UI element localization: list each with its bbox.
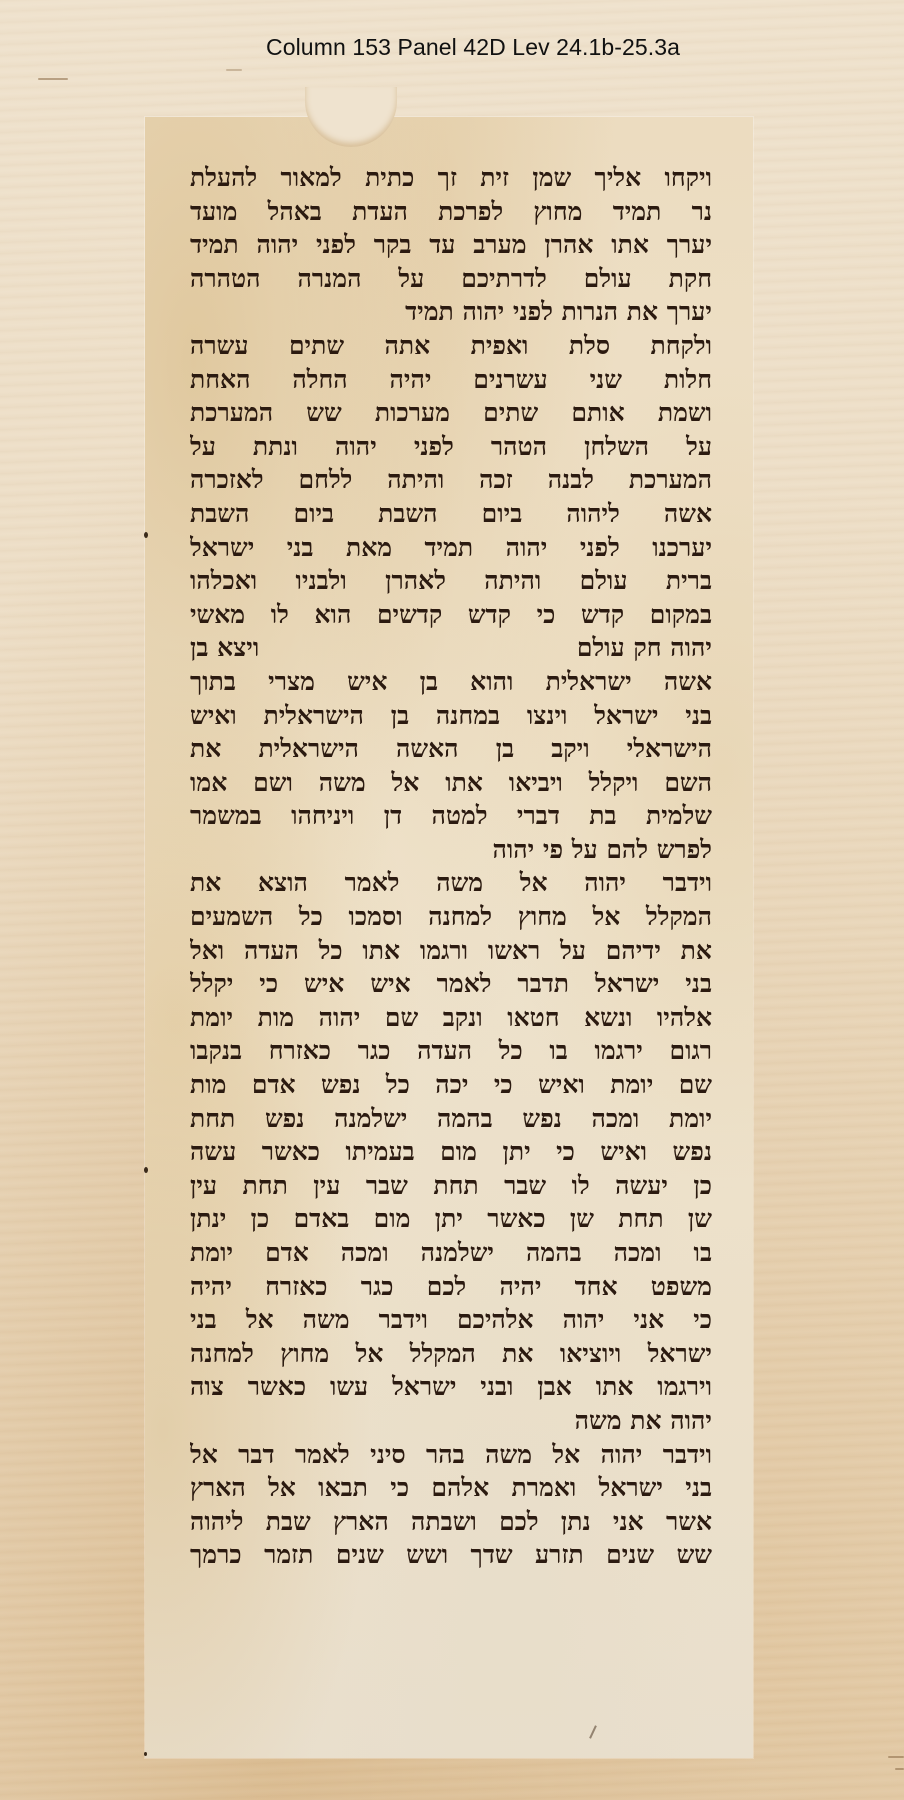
wood-grain-mark <box>226 69 242 71</box>
margin-ink-dot <box>144 1167 148 1173</box>
text-line: וירגמו אתו אבן ובני ישראל עשו כאשר צוה <box>190 1370 712 1404</box>
text-line: שם יומת ואיש כי יכה כל נפש אדם מות <box>190 1068 712 1102</box>
text-line: ברית עולם והיתה לאהרן ולבניו ואכלהו <box>190 564 712 598</box>
text-line: במקום קדש כי קדש קדשים הוא לו מאשי <box>190 598 712 632</box>
text-line: כן יעשה לו שבר תחת שבר עין תחת עין <box>190 1169 712 1203</box>
wood-grain-mark <box>895 1768 904 1770</box>
wood-grain-mark <box>38 78 68 80</box>
text-line: ושמת אותם שתים מערכות שש המערכת <box>190 396 712 430</box>
text-line: ולקחת סלת ואפית אתה שתים עשרה <box>190 329 712 363</box>
text-line: שש שנים תזרע שדך ושש שנים תזמר כרמך <box>190 1538 712 1572</box>
text-line: אלהיו ונשא חטאו ונקב שם יהוה מות יומת <box>190 1001 712 1035</box>
text-line: את ידיהם על ראשו ורגמו אתו כל העדה ואל <box>190 934 712 968</box>
text-line: כי אני יהוה אלהיכם וידבר משה אל בני <box>190 1303 712 1337</box>
text-line: שלמית בת דברי למטה דן ויניחהו במשמר <box>190 799 712 833</box>
text-line: וידבר יהוה אל משה בהר סיני לאמר דבר אל <box>190 1438 712 1472</box>
margin-ink-dot <box>144 1752 147 1756</box>
text-line: השם ויקלל ויביאו אתו אל משה ושם אמו <box>190 766 712 800</box>
text-line: בני ישראל וינצו במחנה בן הישראלית ואיש <box>190 699 712 733</box>
text-line: חלות שני עשרנים יהיה החלה האחת <box>190 363 712 397</box>
text-line-split: יהוה חק עולם ויצא בן <box>190 631 712 665</box>
text-line: אשה ליהוה ביום השבת ביום השבת <box>190 497 712 531</box>
text-line: לפרש להם על פי יהוה <box>190 833 712 867</box>
text-line: בני ישראל תדבר לאמר איש איש כי יקלל <box>190 967 712 1001</box>
text-line: ויקחו אליך שמן זית זך כתית למאור להעלת <box>190 161 712 195</box>
text-line: המקלל אל מחוץ למחנה וסמכו כל השמעים <box>190 900 712 934</box>
text-line: בני ישראל ואמרת אלהם כי תבאו אל הארץ <box>190 1471 712 1505</box>
text-line: ישראל ויוציאו את המקלל אל מחוץ למחנה <box>190 1337 712 1371</box>
text-line: בו ומכה בהמה ישלמנה ומכה אדם יומת <box>190 1236 712 1270</box>
text-line: וידבר יהוה אל משה לאמר הוצא את <box>190 866 712 900</box>
text-line: אשה ישראלית והוא בן איש מצרי בתוך <box>190 665 712 699</box>
text-line: יהוה את משה <box>190 1404 712 1438</box>
text-line: יומת ומכה נפש בהמה ישלמנה נפש תחת <box>190 1102 712 1136</box>
text-line: יערך אתו אהרן מערב עד בקר לפני יהוה תמיד <box>190 228 712 262</box>
margin-ink-dot <box>144 532 148 538</box>
text-line: רגום ירגמו בו כל העדה כגר כאזרח בנקבו <box>190 1034 712 1068</box>
text-line: אשר אני נתן לכם ושבתה הארץ שבת ליהוה <box>190 1505 712 1539</box>
text-line: יערך את הנרות לפני יהוה תמיד <box>190 295 712 329</box>
text-line: נר תמיד מחוץ לפרכת העדת באהל מועד <box>190 195 712 229</box>
text-line: שן תחת שן כאשר יתן מום באדם כן ינתן <box>190 1202 712 1236</box>
text-line: נפש ואיש כי יתן מום בעמיתו כאשר עשה <box>190 1135 712 1169</box>
hebrew-text-column: ויקחו אליך שמן זית זך כתית למאור להעלת נ… <box>190 161 712 1572</box>
text-line: משפט אחד יהיה לכם כגר כאזרח יהיה <box>190 1270 712 1304</box>
text-line: הישראלי ויקב בן האשה הישראלית את <box>190 732 712 766</box>
caption: Column 153 Panel 42D Lev 24.1b-25.3a <box>266 34 680 61</box>
text-line: המערכת לבנה זכה והיתה ללחם לאזכרה <box>190 463 712 497</box>
parchment-hole <box>305 87 397 147</box>
text-line: על השלחן הטהר לפני יהוה ונתת על <box>190 430 712 464</box>
parchment-column: ויקחו אליך שמן זית זך כתית למאור להעלת נ… <box>145 117 753 1758</box>
text-line: חקת עולם לדרתיכם על המנרה הטהרה <box>190 262 712 296</box>
text-line-left-part: ויצא בן <box>190 631 259 665</box>
stray-ink-mark <box>589 1725 597 1739</box>
text-line: יערכנו לפני יהוה תמיד מאת בני ישראל <box>190 531 712 565</box>
text-line-right-part: יהוה חק עולם <box>577 631 712 665</box>
wood-grain-mark <box>888 1756 904 1758</box>
